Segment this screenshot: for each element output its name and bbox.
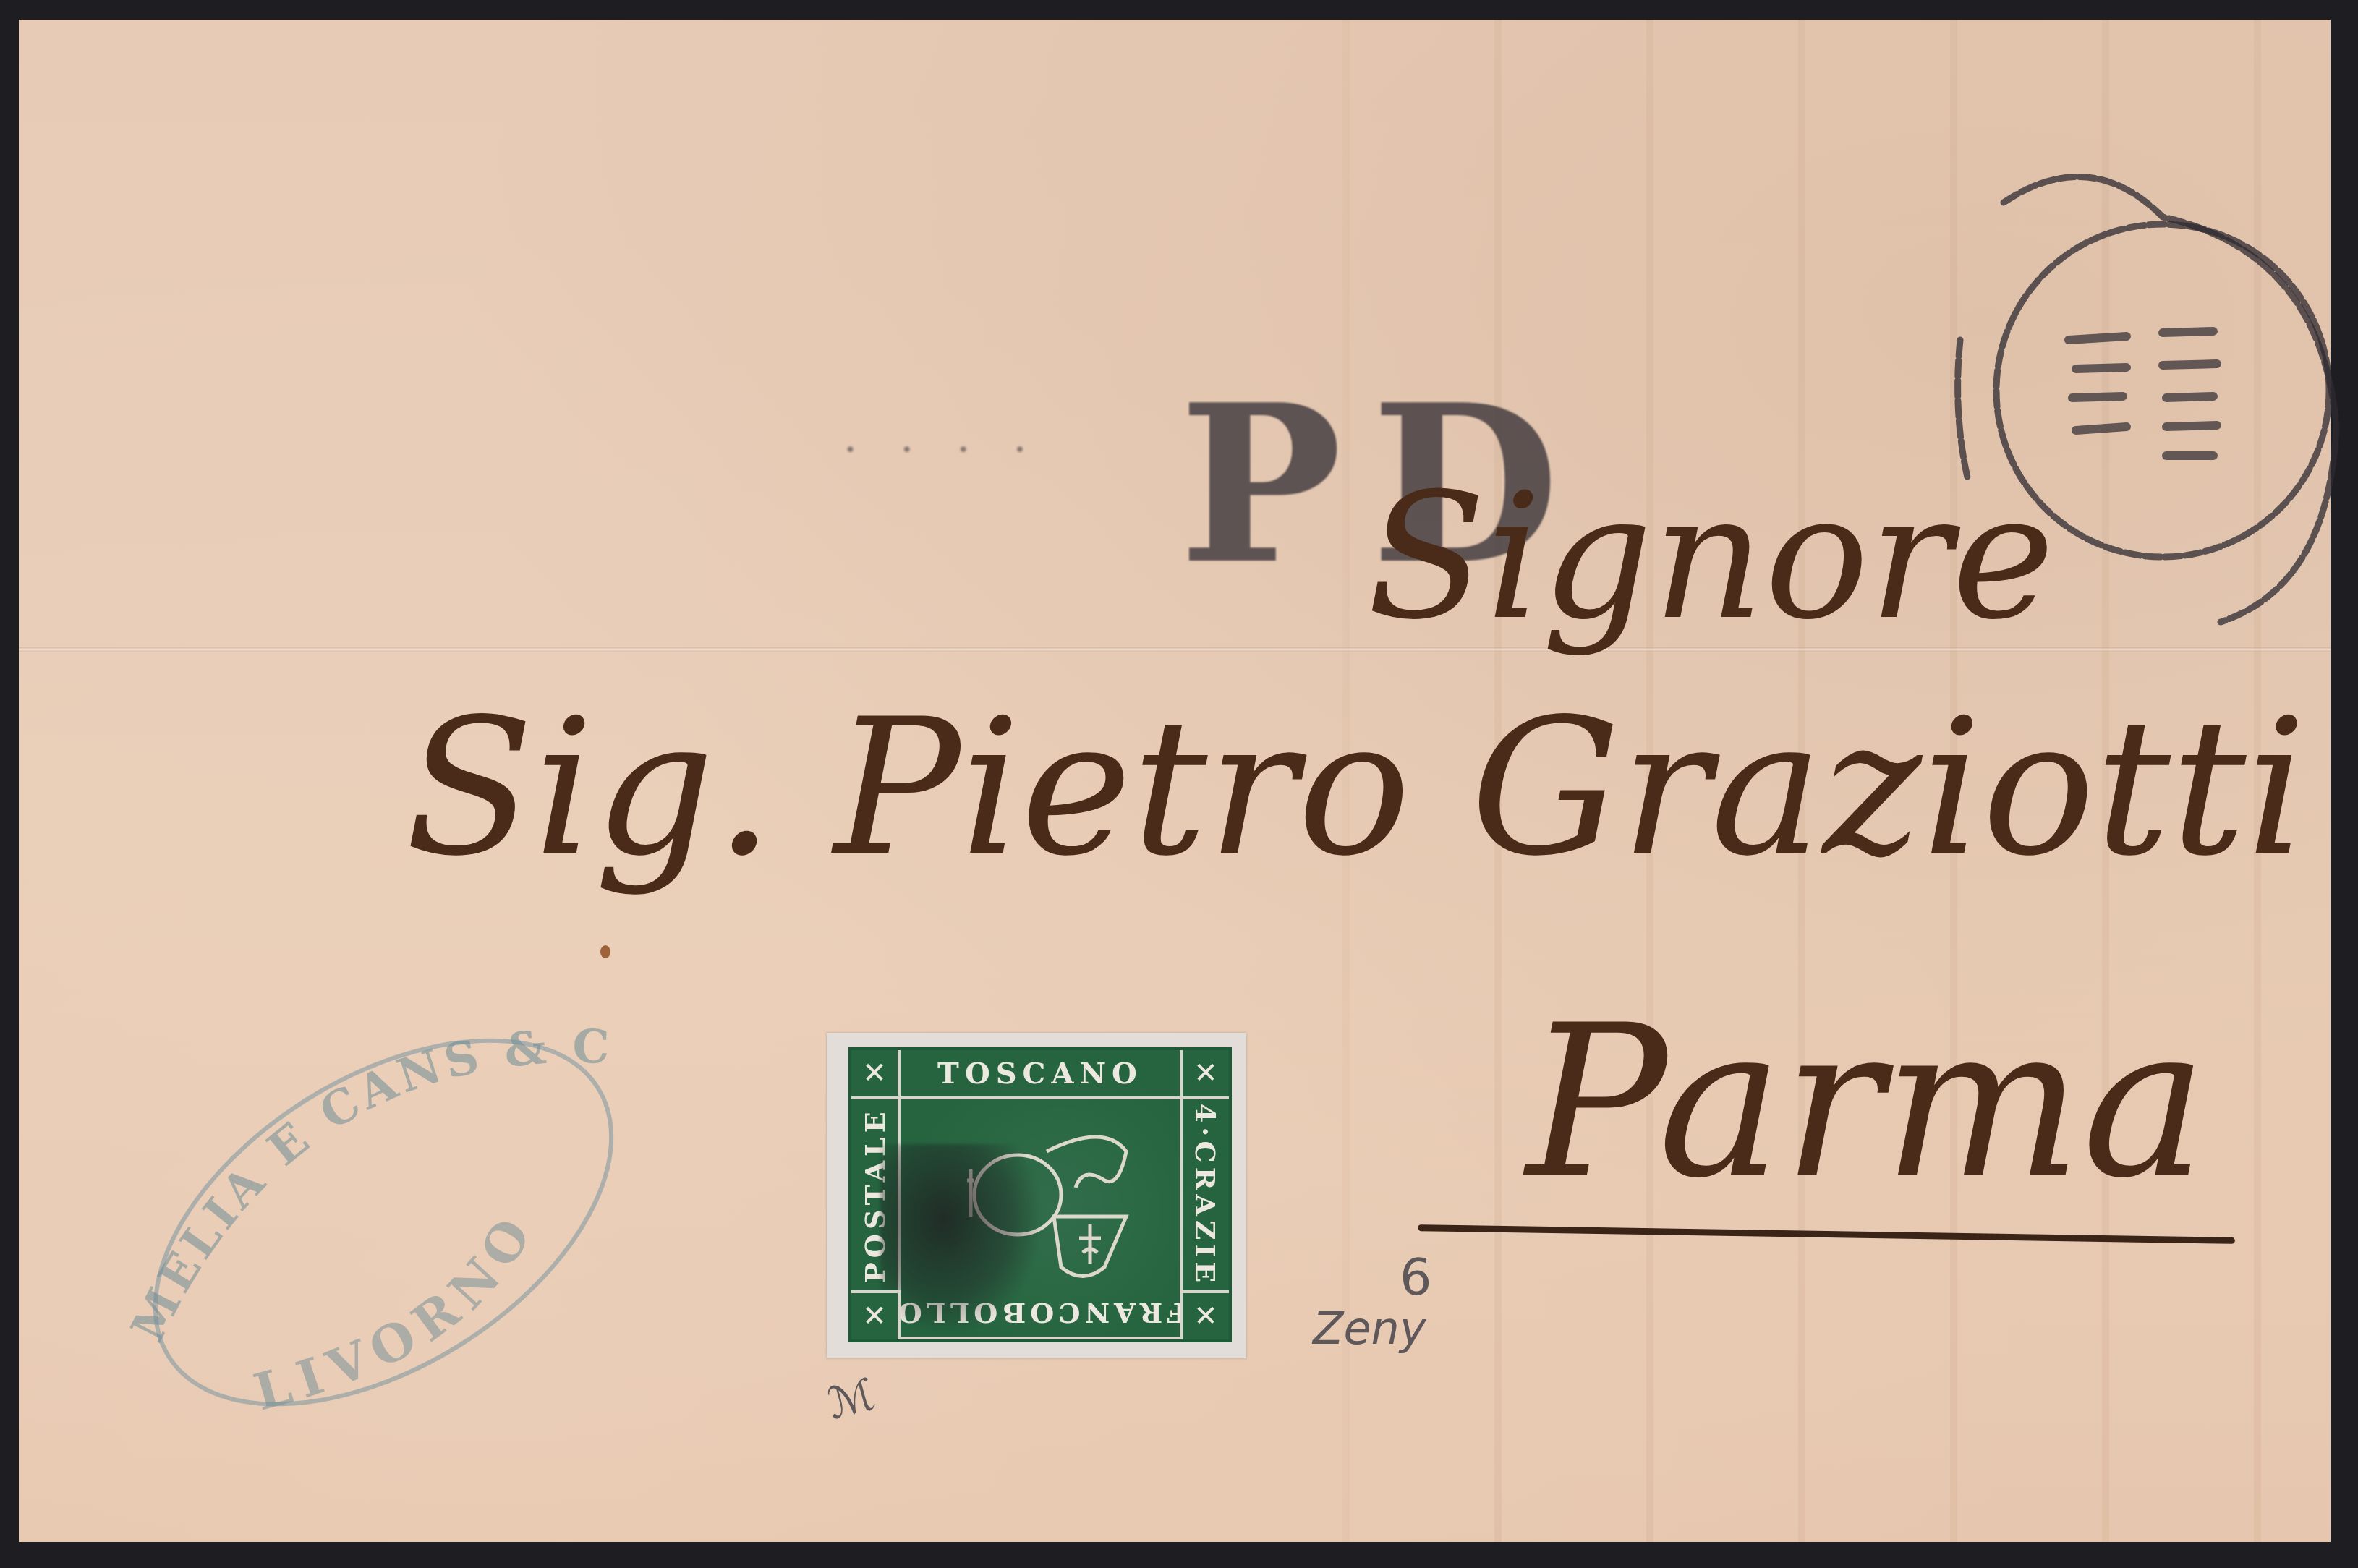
- ink-dot: [600, 945, 610, 958]
- stamp-right-label: 4·CRAZIE: [1180, 1096, 1229, 1293]
- cachet-line2: LIVORNO: [248, 1200, 548, 1422]
- pencil-signature: Zeny: [1313, 1302, 1426, 1355]
- faint-strike: · · · ·: [843, 425, 1042, 475]
- corner-cross-icon: ✕: [851, 1290, 901, 1339]
- destination-city: Parma: [1526, 998, 2208, 1208]
- salutation-text: Signore: [1367, 470, 2055, 644]
- corner-cross-icon: ✕: [851, 1050, 901, 1099]
- recipient-name: Sig. Pietro Graziotti: [405, 694, 2307, 882]
- corner-cross-icon: ✕: [1180, 1290, 1229, 1339]
- stamp-right-text: 4·CRAZIE: [1190, 1103, 1222, 1286]
- svg-text:MELIA E CANS & C.: MELIA E CANS & C.: [116, 1005, 613, 1350]
- corner-cross-icon: ✕: [1180, 1050, 1229, 1099]
- cachet-line1: MELIA E CANS & C.: [116, 1005, 613, 1350]
- grid-cancellation: [880, 1144, 1039, 1332]
- pencil-number: 6: [1400, 1248, 1432, 1307]
- postage-stamp: ✕ ✕ ✕ ✕ TOSCANO FRANCOBOLLO POSTALE 4·CR…: [827, 1033, 1246, 1358]
- merchant-cachet: MELIA E CANS & C. LIVORNO: [116, 1005, 651, 1439]
- stamp-top-text: TOSCANO: [851, 1050, 1229, 1099]
- stamp-frame: ✕ ✕ ✕ ✕ TOSCANO FRANCOBOLLO POSTALE 4·CR…: [848, 1047, 1232, 1342]
- svg-text:LIVORNO: LIVORNO: [248, 1200, 548, 1422]
